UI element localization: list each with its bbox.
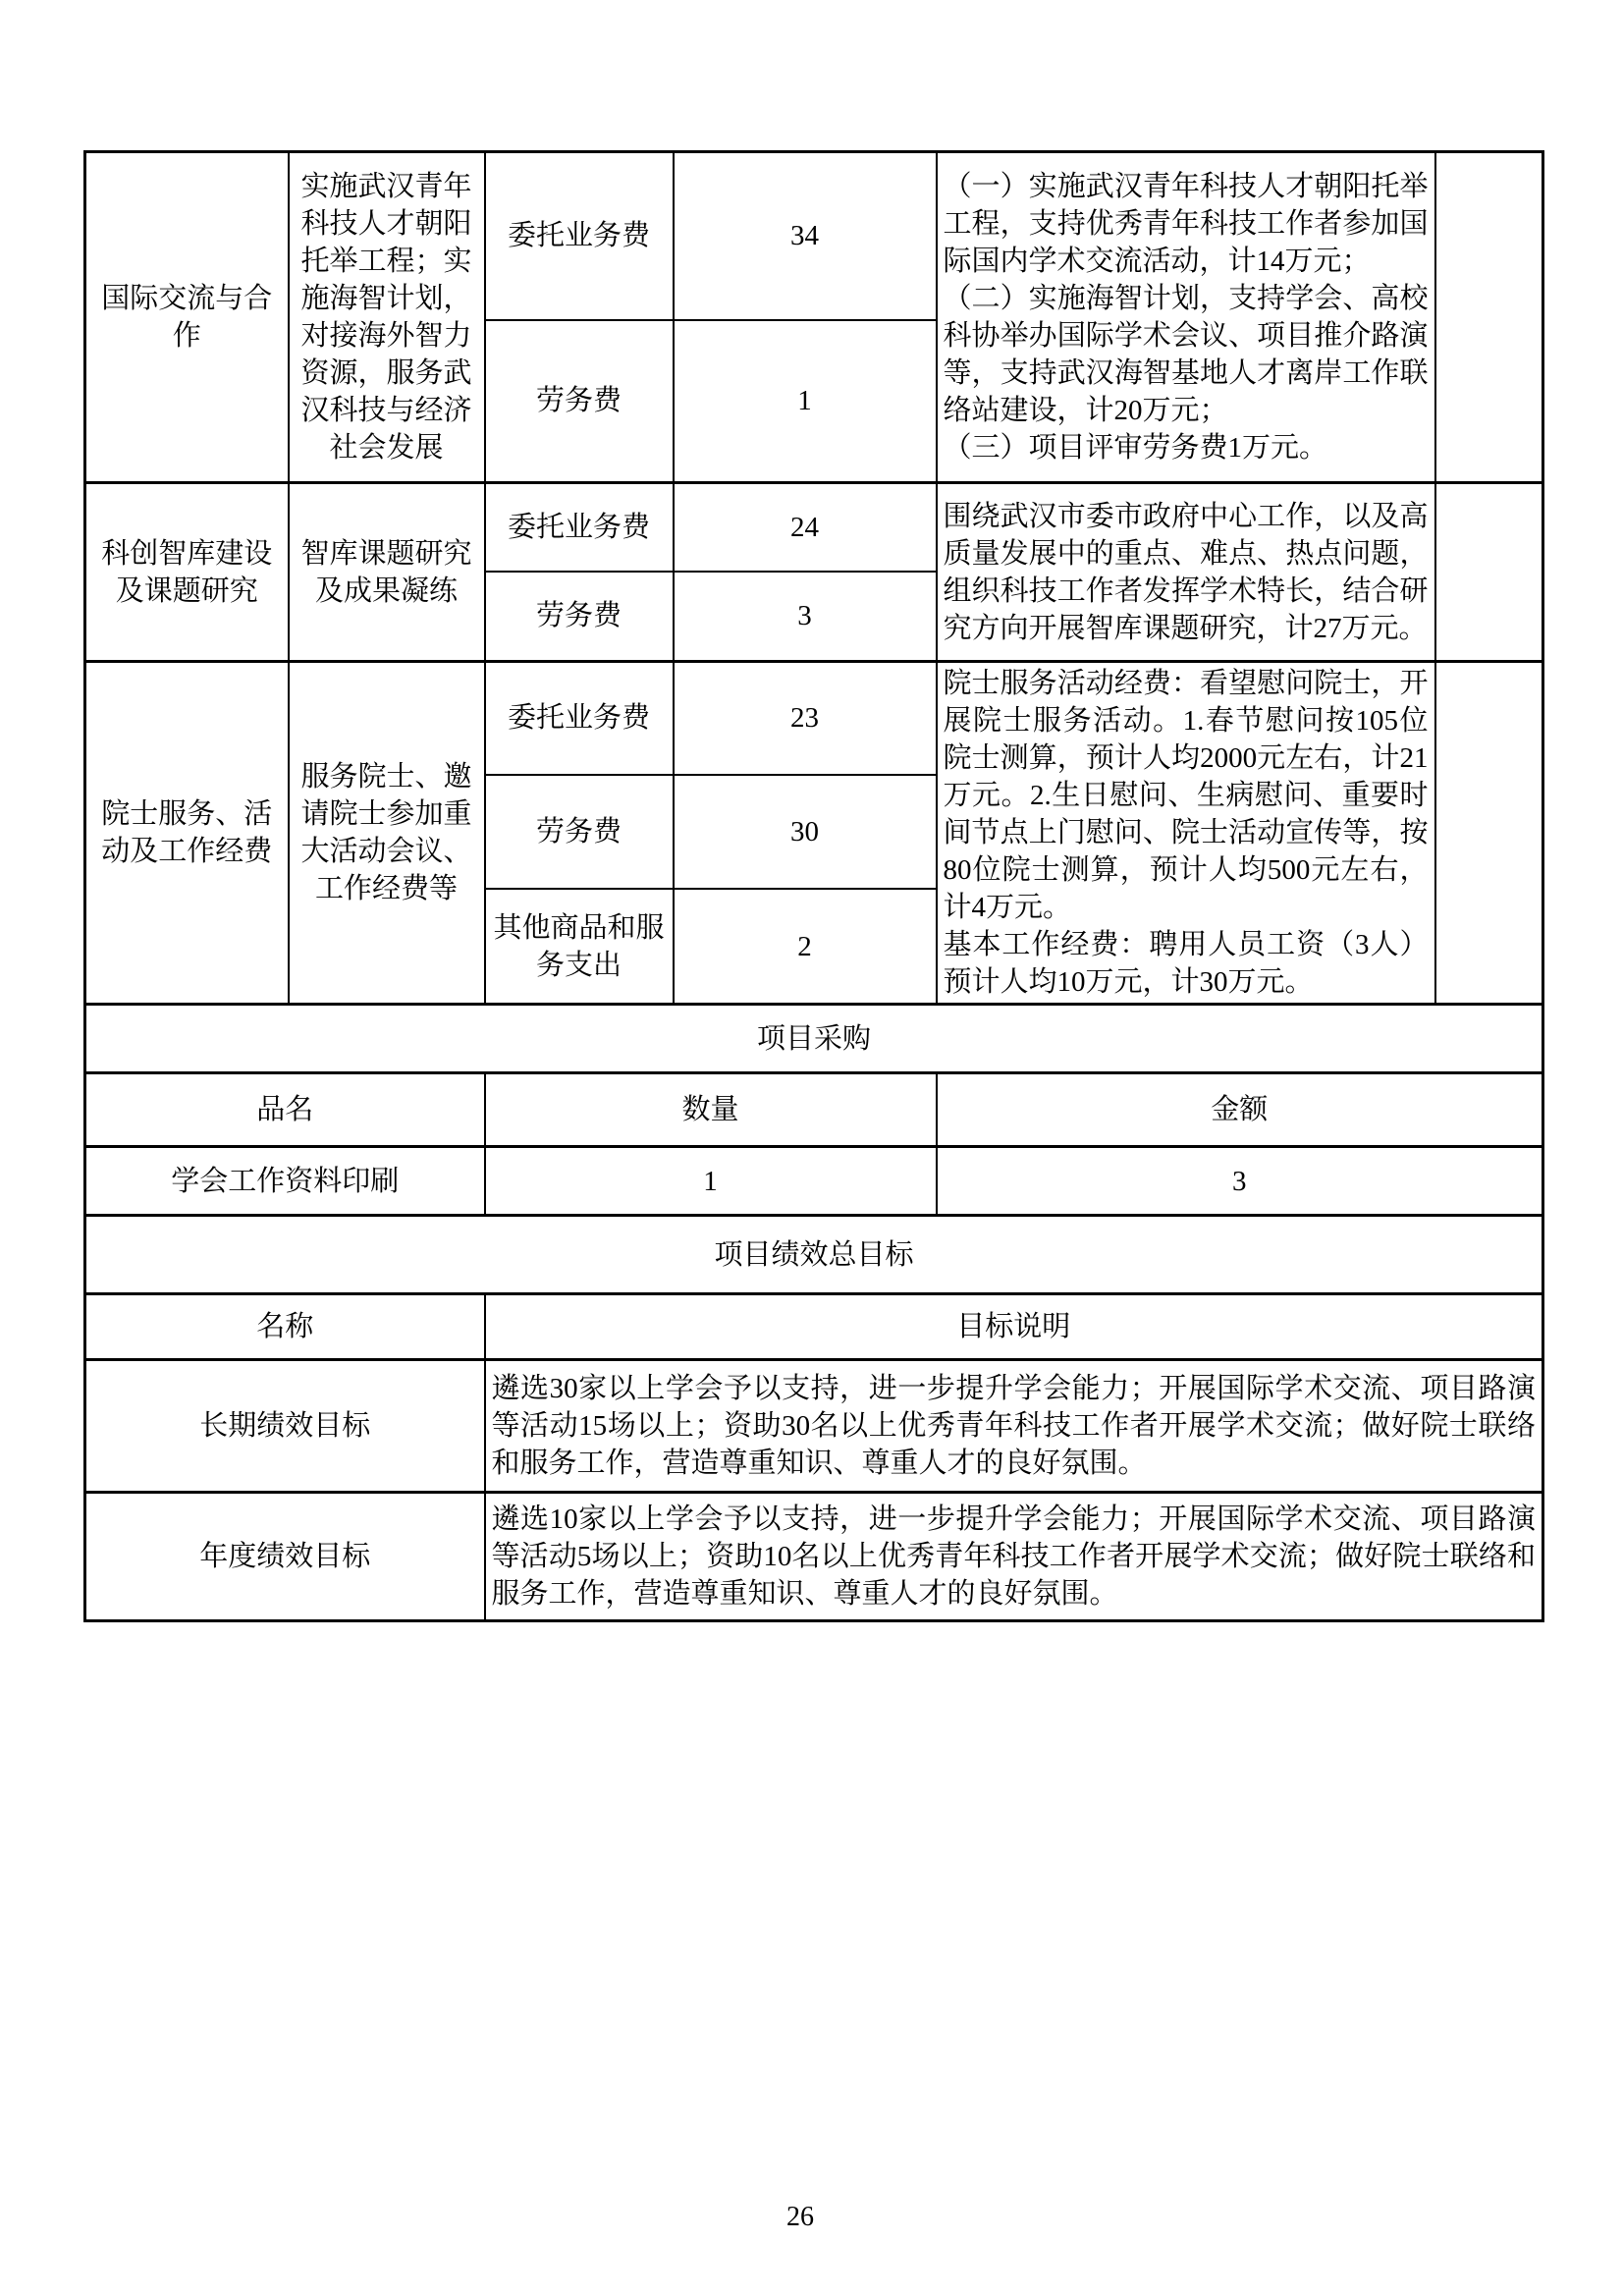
procurement-header-quantity: 数量 xyxy=(485,1073,937,1147)
budget-category: 科创智库建设及课题研究 xyxy=(85,483,289,662)
empty-cell xyxy=(1435,483,1543,662)
procurement-header-amount: 金额 xyxy=(937,1073,1543,1147)
procurement-item-amount: 3 xyxy=(937,1147,1543,1216)
procurement-item-quantity: 1 xyxy=(485,1147,937,1216)
page-number: 26 xyxy=(0,2202,1600,2233)
budget-detail: （一）实施武汉青年科技人才朝阳托举工程，支持优秀青年科技工作者参加国际国内学术交… xyxy=(937,152,1435,483)
budget-category: 院士服务、活动及工作经费 xyxy=(85,662,289,1005)
expense-subject: 劳务费 xyxy=(485,775,674,889)
expense-amount: 30 xyxy=(674,775,937,889)
budget-performance-table: 国际交流与合作 实施武汉青年科技人才朝阳托举工程；实施海智计划，对接海外智力资源… xyxy=(83,150,1544,1622)
expense-subject: 劳务费 xyxy=(485,320,674,483)
budget-description: 实施武汉青年科技人才朝阳托举工程；实施海智计划，对接海外智力资源，服务武汉科技与… xyxy=(289,152,485,483)
budget-category: 国际交流与合作 xyxy=(85,152,289,483)
performance-goal-description: 遴选30家以上学会予以支持，进一步提升学会能力；开展国际学术交流、项目路演等活动… xyxy=(485,1360,1543,1493)
performance-goal-name: 长期绩效目标 xyxy=(85,1360,485,1493)
document-page: 国际交流与合作 实施武汉青年科技人才朝阳托举工程；实施海智计划，对接海外智力资源… xyxy=(0,0,1623,2296)
expense-subject: 劳务费 xyxy=(485,572,674,662)
expense-subject: 其他商品和服务支出 xyxy=(485,889,674,1004)
performance-header-name: 名称 xyxy=(85,1294,485,1360)
expense-amount: 24 xyxy=(674,483,937,572)
procurement-item-name: 学会工作资料印刷 xyxy=(85,1147,485,1216)
empty-cell xyxy=(1435,662,1543,1005)
procurement-header-name: 品名 xyxy=(85,1073,485,1147)
expense-amount: 1 xyxy=(674,320,937,483)
expense-subject: 委托业务费 xyxy=(485,152,674,320)
budget-detail: 围绕武汉市委市政府中心工作，以及高质量发展中的重点、难点、热点问题，组织科技工作… xyxy=(937,483,1435,662)
performance-goal-name: 年度绩效目标 xyxy=(85,1493,485,1621)
expense-subject: 委托业务费 xyxy=(485,483,674,572)
expense-amount: 23 xyxy=(674,662,937,775)
performance-goal-description: 遴选10家以上学会予以支持，进一步提升学会能力；开展国际学术交流、项目路演等活动… xyxy=(485,1493,1543,1621)
performance-header-description: 目标说明 xyxy=(485,1294,1543,1360)
expense-amount: 3 xyxy=(674,572,937,662)
expense-subject: 委托业务费 xyxy=(485,662,674,775)
expense-amount: 2 xyxy=(674,889,937,1004)
budget-description: 智库课题研究及成果凝练 xyxy=(289,483,485,662)
expense-amount: 34 xyxy=(674,152,937,320)
budget-description: 服务院士、邀请院士参加重大活动会议、工作经费等 xyxy=(289,662,485,1005)
empty-cell xyxy=(1435,152,1543,483)
performance-section-title: 项目绩效总目标 xyxy=(85,1216,1543,1294)
budget-detail: 院士服务活动经费：看望慰问院士，开展院士服务活动。1.春节慰问按105位院士测算… xyxy=(937,662,1435,1005)
procurement-section-title: 项目采购 xyxy=(85,1005,1543,1073)
